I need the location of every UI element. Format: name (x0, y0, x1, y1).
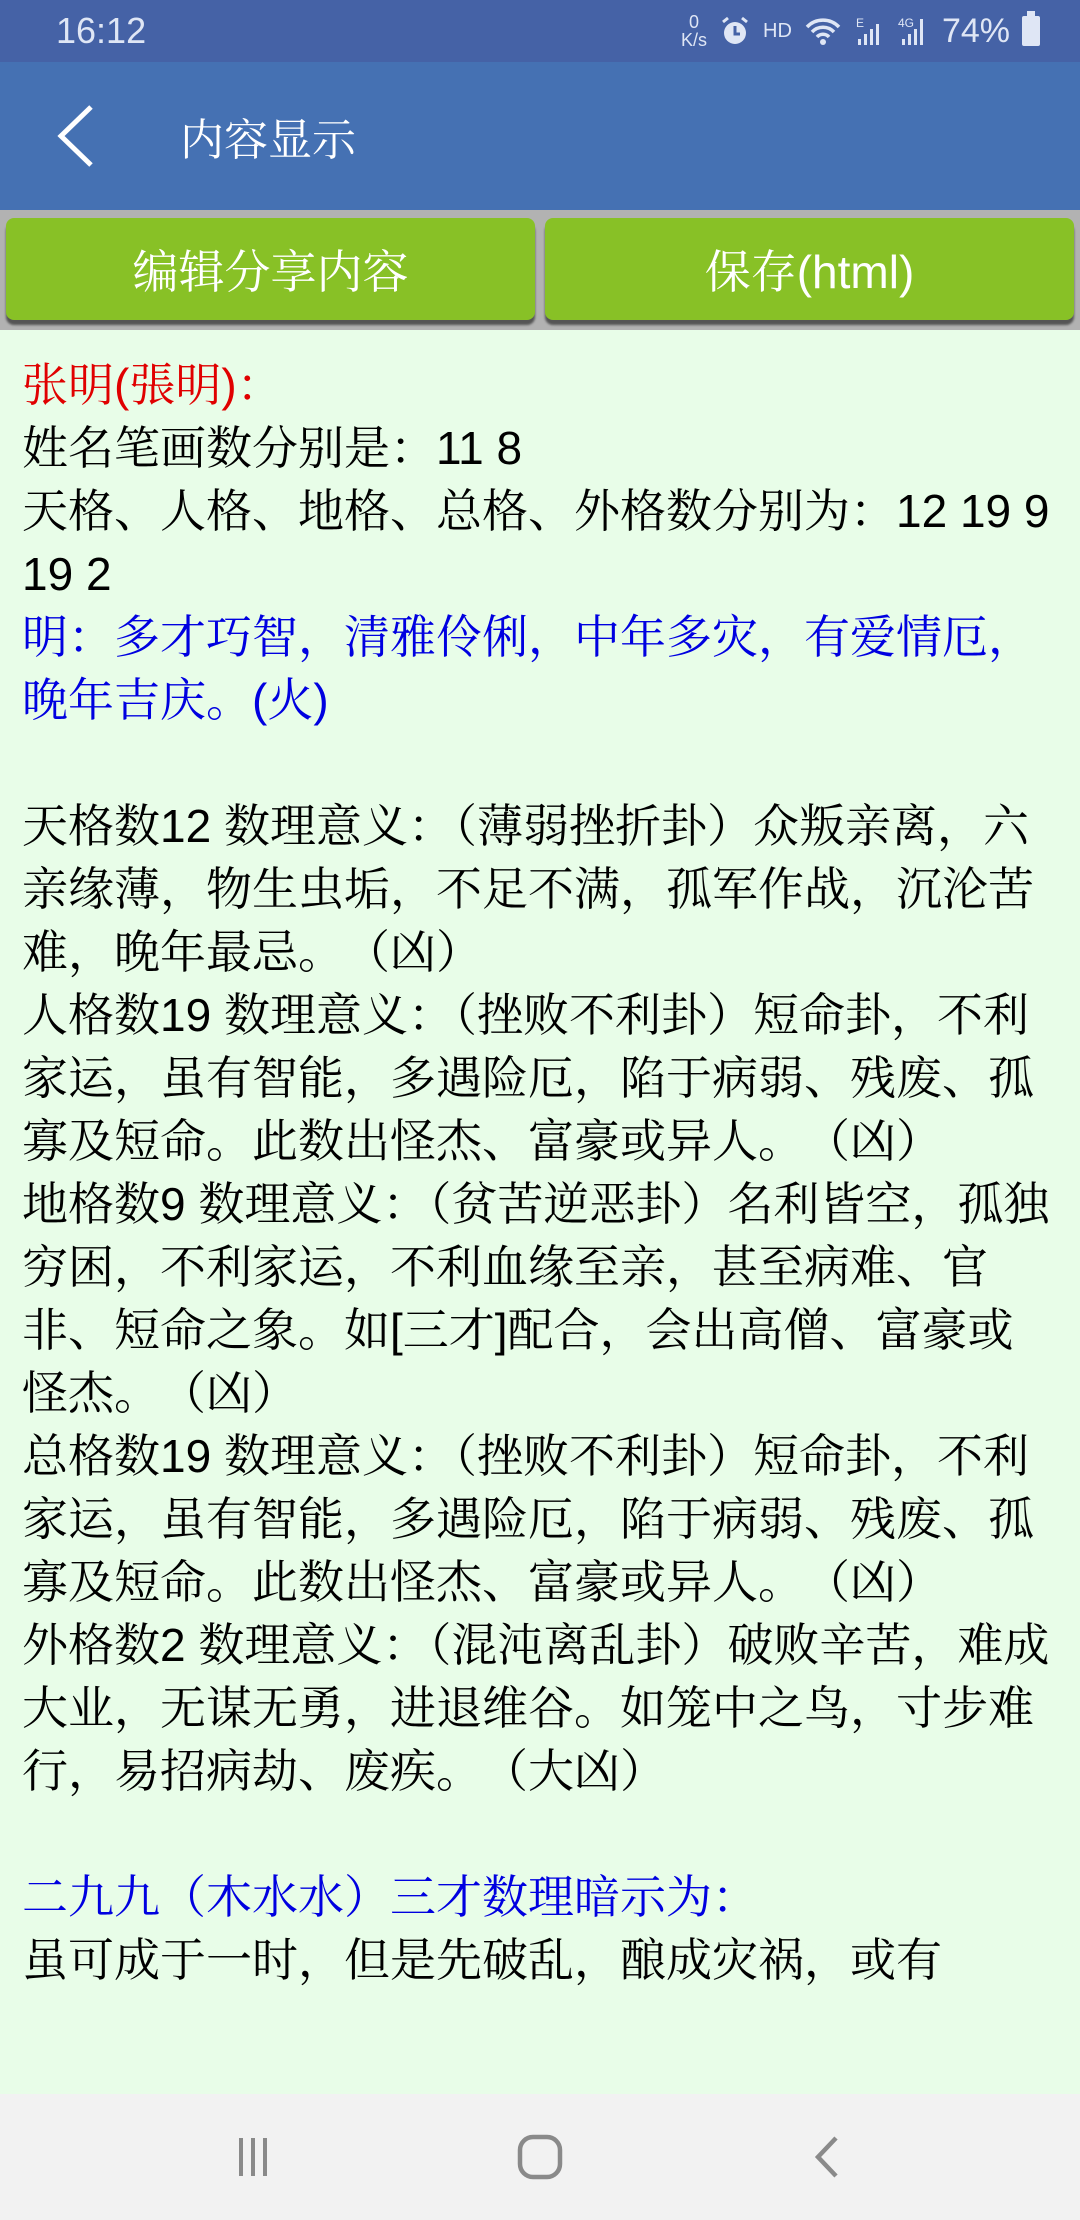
hd-voice-indicator: HD (763, 20, 792, 43)
grid-numbers: 天格、人格、地格、总格、外格数分别为：12 19 9 19 2 (22, 480, 1058, 606)
signal-4g-icon: 4G (896, 15, 930, 47)
sancai-header: 二九九（木水水）三才数理暗示为： (22, 1866, 1058, 1929)
signal-e-icon: E (854, 15, 884, 47)
battery-icon (1022, 16, 1040, 46)
svg-text:E: E (856, 16, 864, 30)
ren-ge-meaning: 人格数19 数理意义：（挫败不利卦）短命卦，不利家运，虽有智能，多遇险厄，陷于病… (22, 984, 1058, 1173)
status-time: 16:12 (56, 10, 146, 52)
character-meaning: 明：多才巧智，清雅伶俐，中年多灾，有爱情厄，晚年吉庆。(火) (22, 606, 1058, 732)
home-button[interactable] (480, 2117, 600, 2197)
system-nav-bar (0, 2094, 1080, 2220)
recents-button[interactable] (193, 2117, 313, 2197)
home-icon (517, 2134, 563, 2180)
wifi-icon (804, 15, 842, 47)
sancai-text: 虽可成于一时，但是先破乱，酿成灾祸，或有 (22, 1929, 1058, 1992)
back-button[interactable] (30, 62, 120, 210)
stroke-counts: 姓名笔画数分别是：11 8 (22, 417, 1058, 480)
name-header: 张明(張明)： (22, 354, 1058, 417)
status-bar: 16:12 0 K/s HD E 4G 74% (0, 0, 1080, 62)
svg-text:4G: 4G (898, 16, 914, 30)
di-ge-meaning: 地格数9 数理意义：（贫苦逆恶卦）名利皆空，孤独穷困，不利家运，不利血缘至亲，甚… (22, 1173, 1058, 1425)
recents-icon (233, 2136, 273, 2178)
battery-percent: 74% (942, 12, 1010, 51)
alarm-icon (719, 15, 751, 47)
edit-share-button[interactable]: 编辑分享内容 (6, 218, 535, 320)
app-bar: 内容显示 (0, 62, 1080, 210)
result-content[interactable]: 张明(張明)： 姓名笔画数分别是：11 8 天格、人格、地格、总格、外格数分别为… (0, 330, 1080, 2095)
save-html-button[interactable]: 保存(html) (545, 218, 1074, 320)
spacer (22, 732, 1058, 795)
net-speed-indicator: 0 K/s (681, 13, 707, 49)
zong-ge-meaning: 总格数19 数理意义：（挫败不利卦）短命卦，不利家运，虽有智能，多遇险厄，陷于病… (22, 1425, 1058, 1614)
chevron-left-icon (55, 103, 95, 169)
tian-ge-meaning: 天格数12 数理意义：（薄弱挫折卦）众叛亲离，六亲缘薄，物生虫垢，不足不满，孤军… (22, 795, 1058, 984)
nav-back-button[interactable] (767, 2117, 887, 2197)
page-title: 内容显示 (180, 104, 356, 168)
status-icons: 0 K/s HD E 4G 74% (681, 12, 1040, 51)
spacer (22, 1803, 1058, 1866)
back-icon (812, 2135, 842, 2179)
action-toolbar: 编辑分享内容 保存(html) (0, 210, 1080, 330)
wai-ge-meaning: 外格数2 数理意义：（混沌离乱卦）破败辛苦，难成大业，无谋无勇，进退维谷。如笼中… (22, 1614, 1058, 1803)
